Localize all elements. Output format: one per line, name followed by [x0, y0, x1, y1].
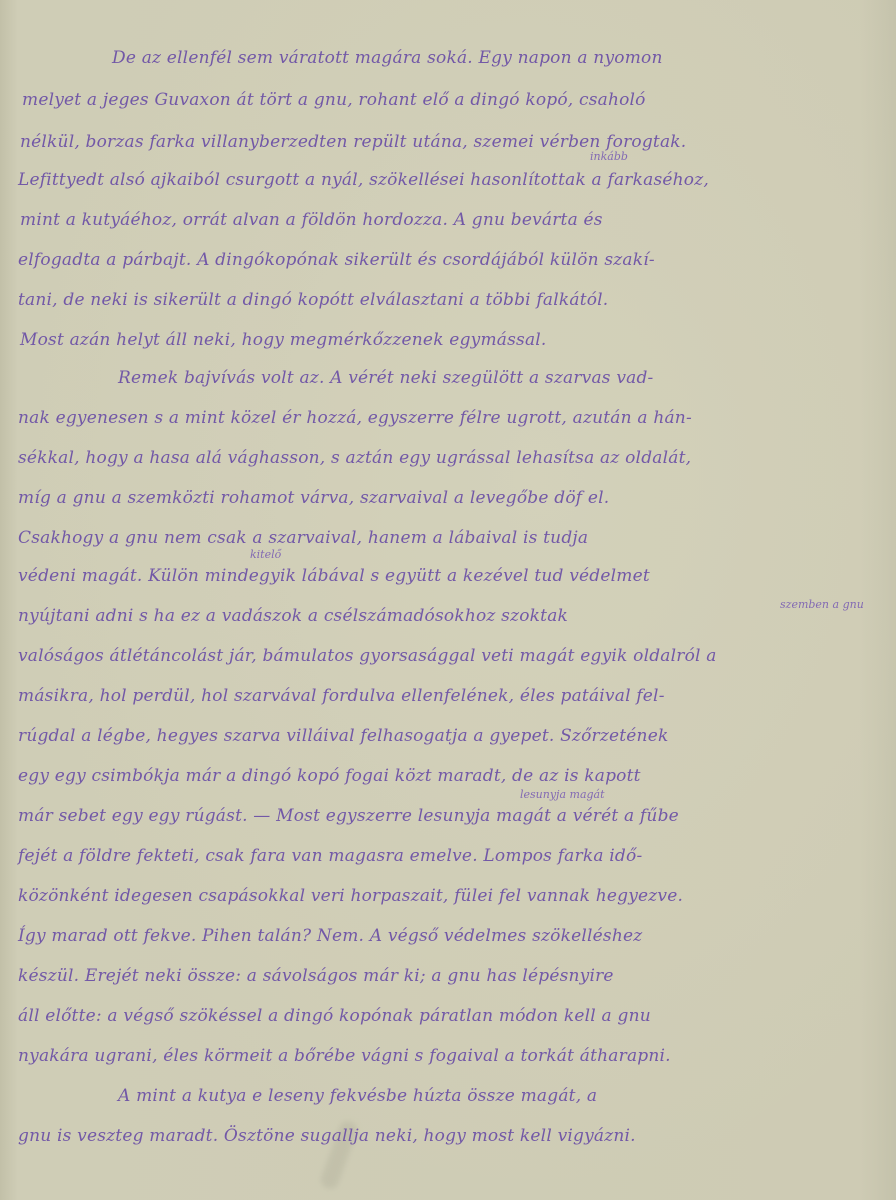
manuscript-line: melyet a jeges Guvaxon át tört a gnu, ro…: [0, 90, 896, 110]
insertion-note: inkább: [590, 150, 628, 163]
insertion-note: kitelő: [250, 548, 281, 561]
manuscript-page: De az ellenfél sem váratott magára soká.…: [0, 0, 896, 1200]
manuscript-line: De az ellenfél sem váratott magára soká.…: [0, 48, 896, 68]
manuscript-line: fejét a földre fekteti, csak fara van ma…: [0, 846, 896, 866]
insertion-note: lesunyja magát: [520, 788, 605, 801]
manuscript-line: Így marad ott fekve. Pihen talán? Nem. A…: [0, 926, 896, 946]
manuscript-line: másikra, hol perdül, hol szarvával fordu…: [0, 686, 896, 706]
manuscript-line: A mint a kutya e leseny fekvésbe húzta ö…: [0, 1086, 896, 1106]
manuscript-line: nyakára ugrani, éles körmeit a bőrébe vá…: [0, 1046, 896, 1066]
manuscript-line: egy egy csimbókja már a dingó kopó fogai…: [0, 766, 896, 786]
manuscript-line: Remek bajvívás volt az. A vérét neki sze…: [0, 368, 896, 388]
manuscript-line: Lefittyedt alsó ajkaiból csurgott a nyál…: [0, 170, 896, 190]
manuscript-line: tani, de neki is sikerült a dingó kopótt…: [0, 290, 896, 310]
manuscript-line: védeni magát. Külön mindegyik lábával s …: [0, 566, 896, 586]
manuscript-line: nyújtani adni s ha ez a vadászok a cséls…: [0, 606, 896, 626]
manuscript-line: áll előtte: a végső szökéssel a dingó ko…: [0, 1006, 896, 1026]
manuscript-line: nélkül, borzas farka villanyberzedten re…: [0, 132, 896, 152]
manuscript-line: Csakhogy a gnu nem csak a szarvaival, ha…: [0, 528, 896, 548]
manuscript-line: készül. Erejét neki össze: a sávolságos …: [0, 966, 896, 986]
manuscript-line: elfogadta a párbajt. A dingókopónak sike…: [0, 250, 896, 270]
manuscript-line: rúgdal a légbe, hegyes szarva villáival …: [0, 726, 896, 746]
manuscript-line: Most azán helyt áll neki, hogy megmérkőz…: [0, 330, 896, 350]
manuscript-line: sékkal, hogy a hasa alá vághasson, s azt…: [0, 448, 896, 468]
manuscript-line: nak egyenesen s a mint közel ér hozzá, e…: [0, 408, 896, 428]
manuscript-line: míg a gnu a szemközti rohamot várva, sza…: [0, 488, 896, 508]
manuscript-line: valóságos átlétáncolást jár, bámulatos g…: [0, 646, 896, 666]
manuscript-line: közönként idegesen csapásokkal veri horp…: [0, 886, 896, 906]
manuscript-line: gnu is veszteg maradt. Ösztöne sugallja …: [0, 1126, 896, 1146]
manuscript-line: mint a kutyáéhoz, orrát alvan a földön h…: [0, 210, 896, 230]
manuscript-line: már sebet egy egy rúgást. — Most egyszer…: [0, 806, 896, 826]
